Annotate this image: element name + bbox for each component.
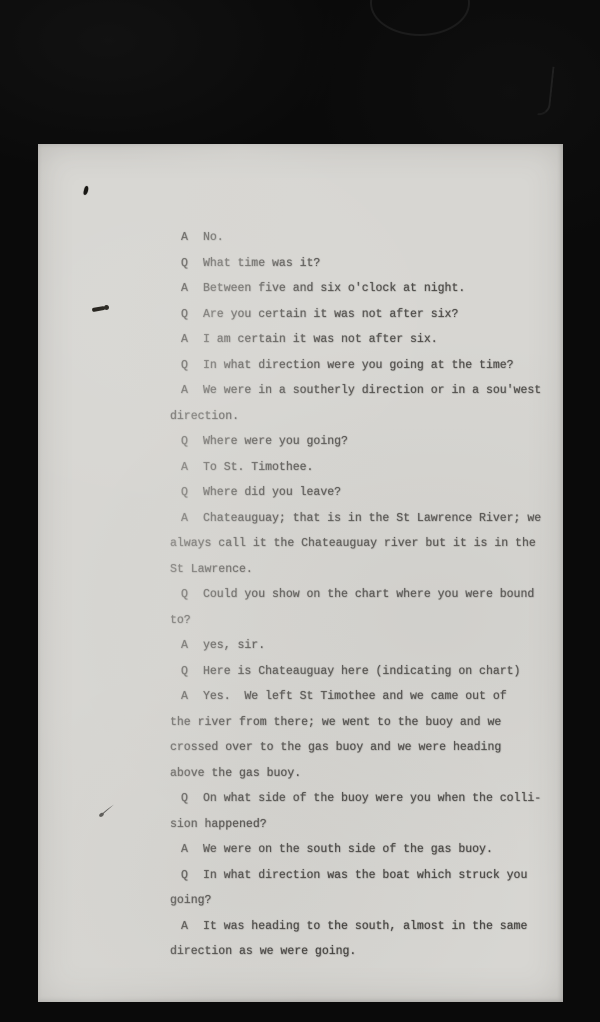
question-letter: Q xyxy=(181,582,188,608)
question-letter: Q xyxy=(181,480,188,506)
line-text: We were in a southerly direction or in a… xyxy=(170,378,541,404)
answer-letter: A xyxy=(181,276,188,302)
line-text: It was heading to the south, almost in t… xyxy=(170,914,527,940)
transcript-line: AWe were in a southerly direction or in … xyxy=(170,378,557,404)
answer-letter: A xyxy=(181,225,188,251)
line-text: In what direction was the boat which str… xyxy=(170,863,527,889)
line-text: direction. xyxy=(170,404,239,430)
transcript-line: QHere is Chateauguay here (indicating on… xyxy=(170,659,557,685)
transcript-line: QCould you show on the chart where you w… xyxy=(170,582,557,608)
document-page: ANo.QWhat time was it?ABetween five and … xyxy=(38,144,563,1002)
transcript-line: QOn what side of the buoy were you when … xyxy=(170,786,557,812)
transcript-line: AYes. We left St Timothee and we came ou… xyxy=(170,684,557,710)
line-text: above the gas buoy. xyxy=(170,761,301,787)
transcript-line: AI am certain it was not after six. xyxy=(170,327,557,353)
line-text: Could you show on the chart where you we… xyxy=(170,582,534,608)
line-text: crossed over to the gas buoy and we were… xyxy=(170,735,501,761)
answer-letter: A xyxy=(181,506,188,532)
line-text: On what side of the buoy were you when t… xyxy=(170,786,541,812)
transcript-line: ATo St. Timothee. xyxy=(170,455,557,481)
transcript-line: direction. xyxy=(170,404,557,430)
transcript-line: above the gas buoy. xyxy=(170,761,557,787)
answer-letter: A xyxy=(181,914,188,940)
transcript-line: always call it the Chateauguay river but… xyxy=(170,531,557,557)
line-text: In what direction were you going at the … xyxy=(170,353,514,379)
question-letter: Q xyxy=(181,863,188,889)
transcript-line: AChateauguay; that is in the St Lawrence… xyxy=(170,506,557,532)
question-letter: Q xyxy=(181,302,188,328)
transcript-line: crossed over to the gas buoy and we were… xyxy=(170,735,557,761)
ink-dash-dot xyxy=(104,305,109,310)
line-text: Yes. We left St Timothee and we came out… xyxy=(170,684,507,710)
transcript-line: QWhere were you going? xyxy=(170,429,557,455)
transcript-line: QIn what direction was the boat which st… xyxy=(170,863,557,889)
transcript-line: AWe were on the south side of the gas bu… xyxy=(170,837,557,863)
question-letter: Q xyxy=(181,659,188,685)
line-text: Are you certain it was not after six? xyxy=(170,302,458,328)
ink-speck-mark xyxy=(83,186,89,196)
transcript-line: the river from there; we went to the buo… xyxy=(170,710,557,736)
scan-artifact-squiggle xyxy=(537,66,554,117)
transcript-line: ANo. xyxy=(170,225,557,251)
question-letter: Q xyxy=(181,251,188,277)
answer-letter: A xyxy=(181,378,188,404)
transcript-line: QWhere did you leave? xyxy=(170,480,557,506)
transcript-line: to? xyxy=(170,608,557,634)
question-letter: Q xyxy=(181,786,188,812)
line-text: No. xyxy=(170,225,224,251)
line-text: What time was it? xyxy=(170,251,320,277)
answer-letter: A xyxy=(181,327,188,353)
transcript-line: Ayes, sir. xyxy=(170,633,557,659)
ink-flick-mark xyxy=(98,804,116,818)
line-text: Between five and six o'clock at night. xyxy=(170,276,465,302)
transcript-line: sion happened? xyxy=(170,812,557,838)
line-text: the river from there; we went to the buo… xyxy=(170,710,501,736)
transcript-line: QIn what direction were you going at the… xyxy=(170,353,557,379)
transcript-line: QAre you certain it was not after six? xyxy=(170,302,557,328)
answer-letter: A xyxy=(181,837,188,863)
line-text: I am certain it was not after six. xyxy=(170,327,438,353)
transcript: ANo.QWhat time was it?ABetween five and … xyxy=(170,225,557,965)
scanned-document-photo: ANo.QWhat time was it?ABetween five and … xyxy=(0,0,600,1022)
line-text: going? xyxy=(170,888,211,914)
line-text: Where were you going? xyxy=(170,429,348,455)
line-text: to? xyxy=(170,608,191,634)
answer-letter: A xyxy=(181,684,188,710)
transcript-line: direction as we were going. xyxy=(170,939,557,965)
line-text: Where did you leave? xyxy=(170,480,341,506)
ink-dash-mark xyxy=(92,302,114,312)
line-text: St Lawrence. xyxy=(170,557,253,583)
transcript-line: AIt was heading to the south, almost in … xyxy=(170,914,557,940)
transcript-line: QWhat time was it? xyxy=(170,251,557,277)
transcript-line: ABetween five and six o'clock at night. xyxy=(170,276,557,302)
transcript-line: St Lawrence. xyxy=(170,557,557,583)
line-text: Chateauguay; that is in the St Lawrence … xyxy=(170,506,541,532)
answer-letter: A xyxy=(181,455,188,481)
scan-artifact-arc xyxy=(370,0,470,36)
answer-letter: A xyxy=(181,633,188,659)
line-text: sion happened? xyxy=(170,812,267,838)
line-text: Here is Chateauguay here (indicating on … xyxy=(170,659,520,685)
line-text: We were on the south side of the gas buo… xyxy=(170,837,493,863)
line-text: always call it the Chateauguay river but… xyxy=(170,531,536,557)
question-letter: Q xyxy=(181,429,188,455)
question-letter: Q xyxy=(181,353,188,379)
transcript-line: going? xyxy=(170,888,557,914)
line-text: direction as we were going. xyxy=(170,939,356,965)
line-text: To St. Timothee. xyxy=(170,455,313,481)
